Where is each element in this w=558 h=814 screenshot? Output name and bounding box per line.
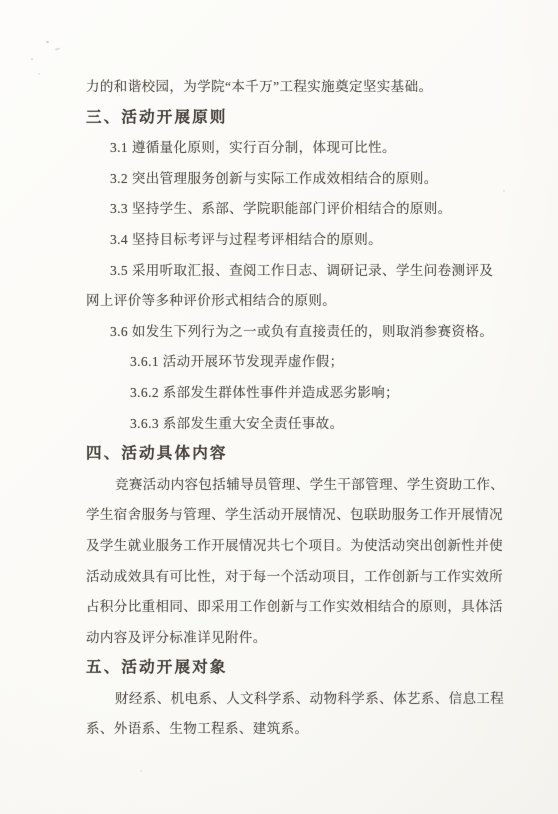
paragraph-continuation: 力的和谐校园，为学院“本千万”工程实施奠定坚实基础。	[86, 72, 516, 103]
principle-item-3-5-wrap: 网上评价等多种评价形式相结合的原则。	[86, 286, 516, 317]
principle-item-3-4: 3.4 坚持目标考评与过程考评相结合的原则。	[86, 225, 516, 256]
heading-activity-principles: 三、活动开展原则	[86, 103, 516, 134]
principle-item-3-2: 3.2 突出管理服务创新与实际工作成效相结合的原则。	[86, 164, 516, 195]
document-body: 力的和谐校园，为学院“本千万”工程实施奠定坚实基础。 三、活动开展原则 3.1 …	[86, 72, 516, 745]
scan-speckle	[46, 41, 50, 44]
principle-item-3-3: 3.3 坚持学生、系部、学院职能部门评价相结合的原则。	[86, 194, 516, 225]
sub-item-3-6-1: 3.6.1 活动开展环节发现弄虚作假；	[86, 347, 516, 378]
content-paragraph-line-4: 活动成效具有可比性，对于每一个活动项目，工作创新与工作实效所	[86, 562, 516, 593]
heading-activity-targets: 五、活动开展对象	[86, 653, 516, 684]
scanned-document-page: 力的和谐校园，为学院“本千万”工程实施奠定坚实基础。 三、活动开展原则 3.1 …	[0, 0, 558, 814]
heading-activity-content: 四、活动具体内容	[86, 439, 516, 470]
scan-speckle	[55, 47, 60, 50]
content-paragraph-line-2: 学生宿舍服务与管理、学生活动开展情况、包联助服务工作开展情况	[86, 500, 516, 531]
target-departments-line-1: 财经系、机电系、人文科学系、动物科学系、体艺系、信息工程	[86, 684, 516, 715]
sub-item-3-6-3: 3.6.3 系部发生重大安全责任事故。	[86, 409, 516, 440]
content-paragraph-line-3: 及学生就业服务工作开展情况共七个项目。为使活动突出创新性并使	[86, 531, 516, 562]
principle-item-3-1: 3.1 遵循量化原则，实行百分制，体现可比性。	[86, 133, 516, 164]
content-paragraph-line-1: 竞赛活动内容包括辅导员管理、学生干部管理、学生资助工作、	[86, 470, 516, 501]
scan-speckle	[38, 73, 40, 75]
scan-speckle	[31, 58, 33, 60]
principle-item-3-6: 3.6 如发生下列行为之一或负有直接责任的，则取消参赛资格。	[86, 317, 516, 348]
target-departments-line-2: 系、外语系、生物工程系、建筑系。	[86, 714, 516, 745]
sub-item-3-6-2: 3.6.2 系部发生群体性事件并造成恶劣影响；	[86, 378, 516, 409]
content-paragraph-line-6: 动内容及评分标准详见附件。	[86, 623, 516, 654]
content-paragraph-line-5: 占积分比重相同、即采用工作创新与工作实效相结合的原则，具体活	[86, 592, 516, 623]
principle-item-3-5: 3.5 采用听取汇报、查阅工作日志、调研记录、学生问卷测评及	[86, 256, 516, 287]
scan-speckle	[140, 770, 142, 772]
